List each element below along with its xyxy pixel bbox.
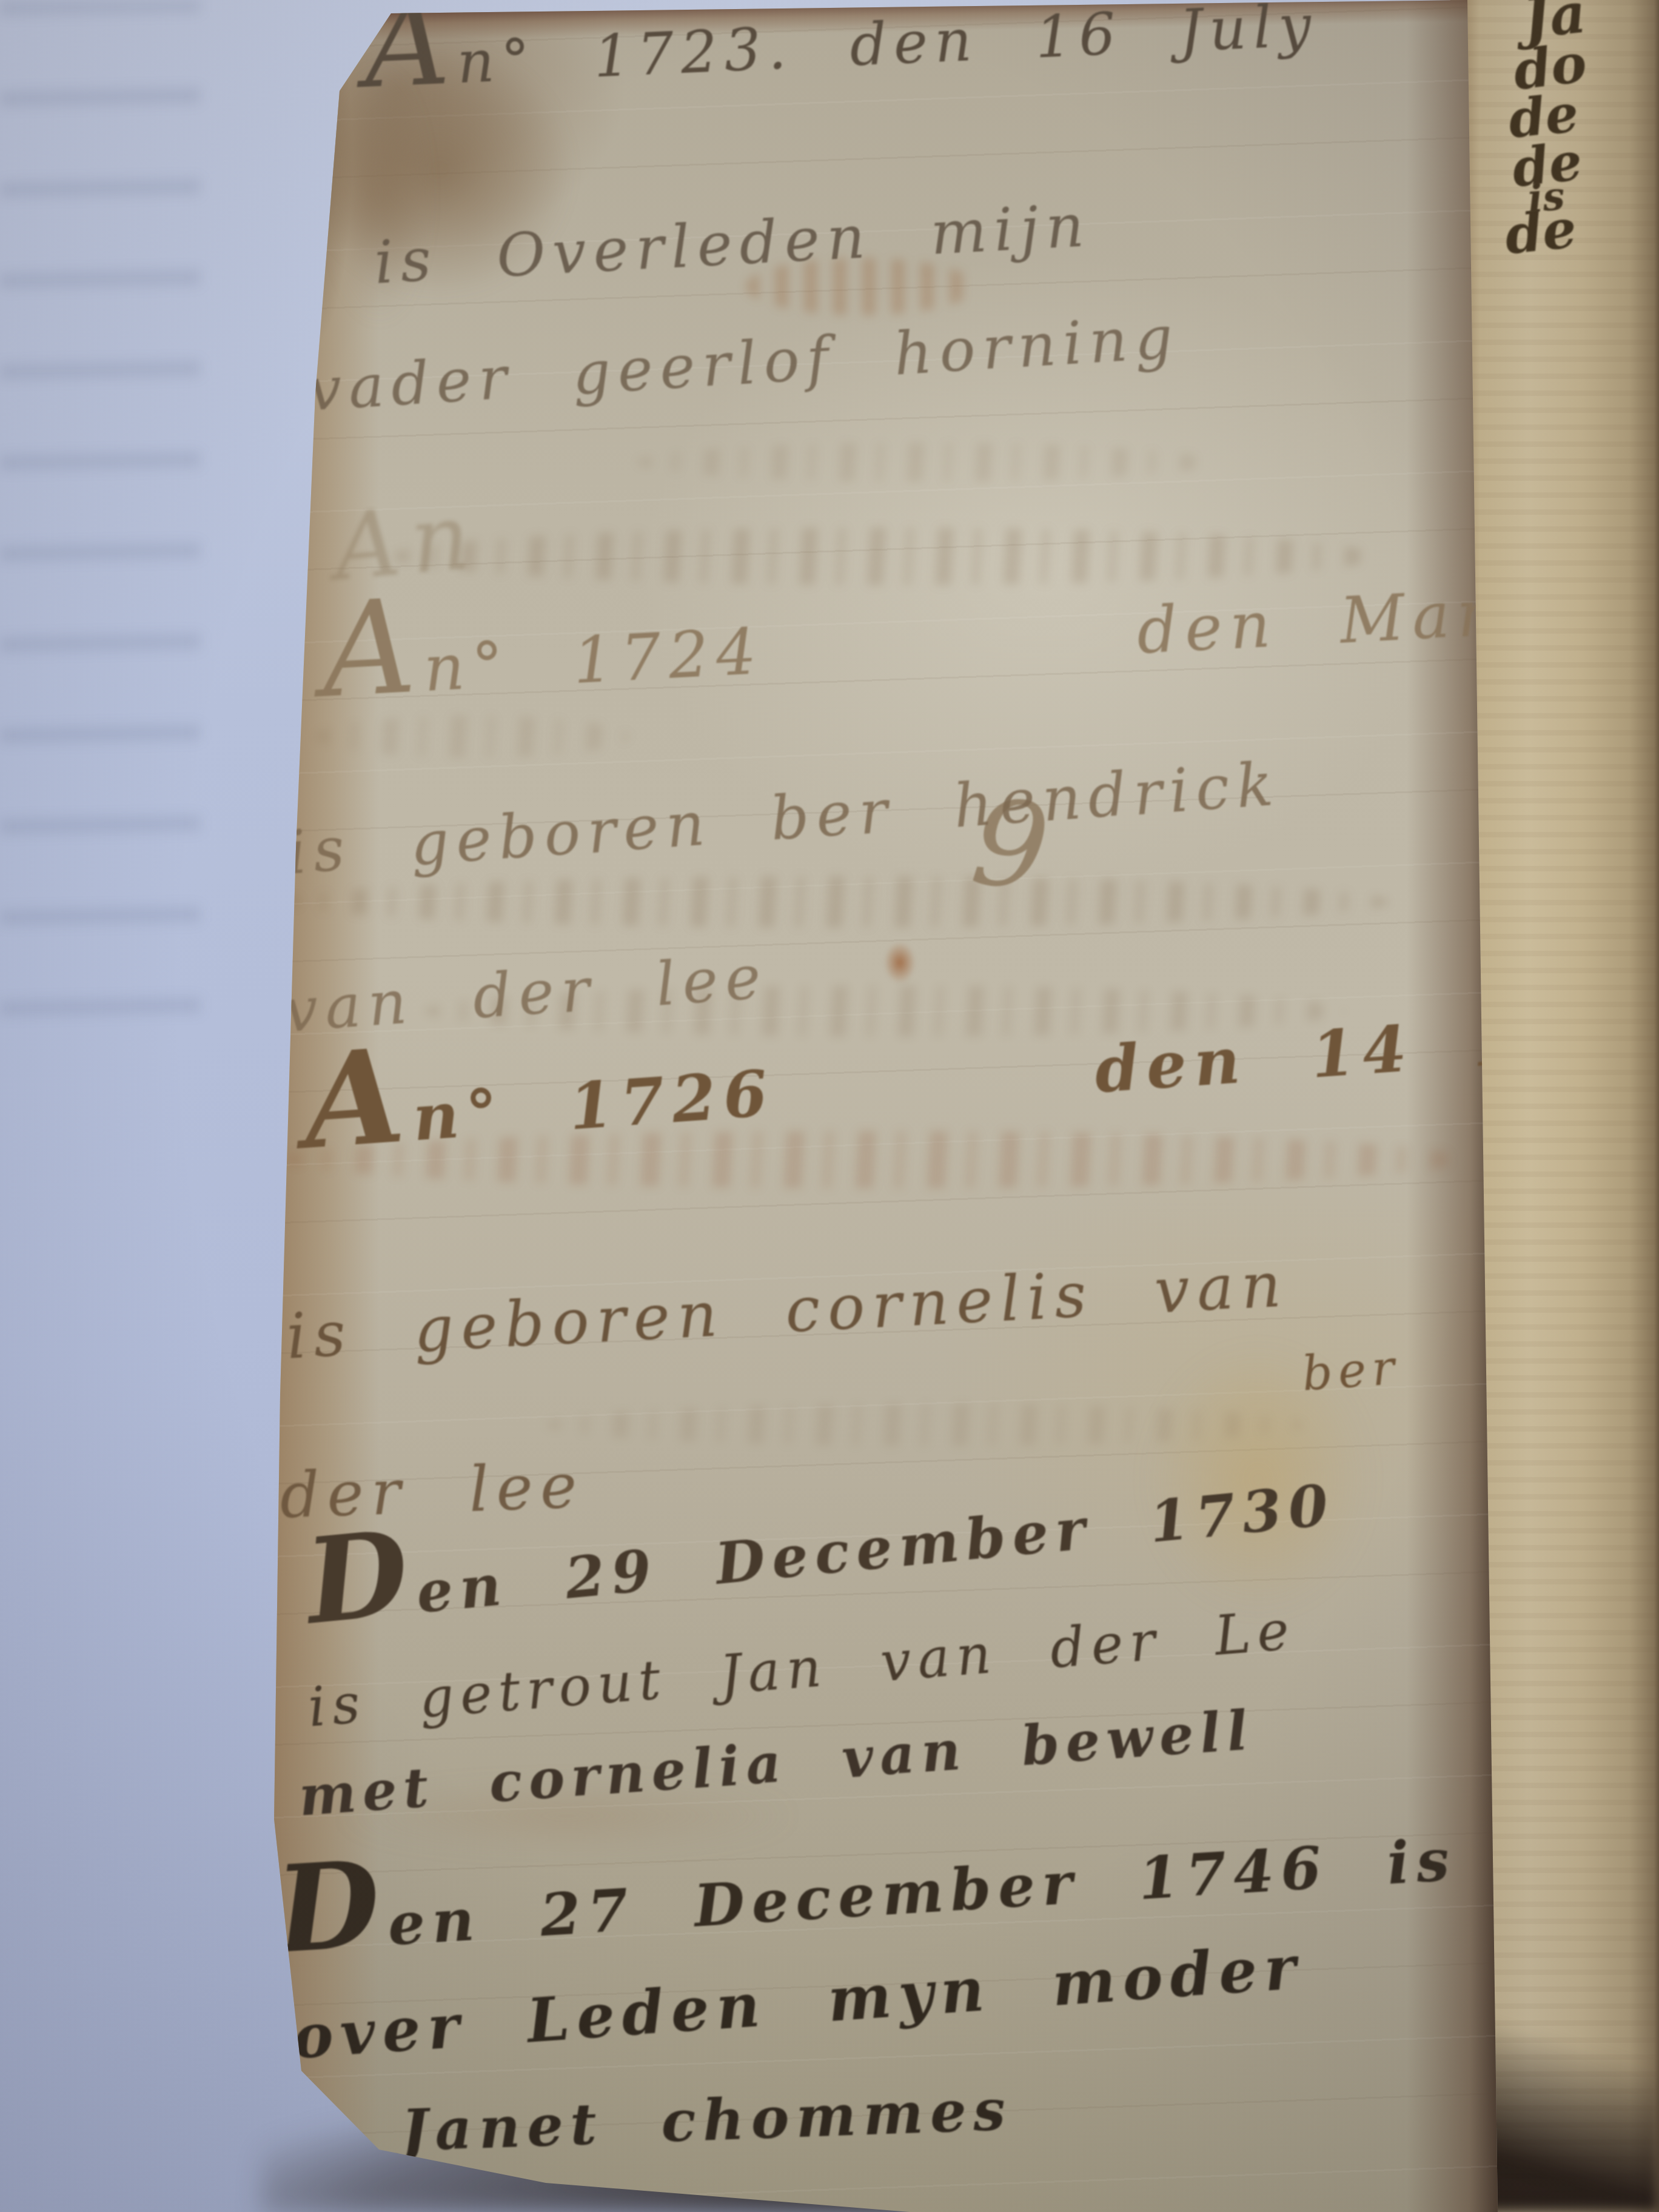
photo-of-manuscript: Ja do de de is de An° 1723. den 16 July …: [0, 0, 1659, 2212]
ink-bleedthrough: [394, 528, 1376, 585]
ink-bleedthrough: [285, 876, 1389, 928]
ink-bleedthrough: [637, 443, 1213, 482]
manuscript-page: An° 1723. den 16 July is Overleden mijn …: [0, 0, 1659, 2212]
backing-ghost-lines: [0, 0, 200, 1061]
next-page-line-fragment: de: [1502, 196, 1580, 267]
ink-bleedthrough: [546, 1404, 1304, 1446]
entry-1726-month-suffix: ber: [1301, 1344, 1402, 1398]
